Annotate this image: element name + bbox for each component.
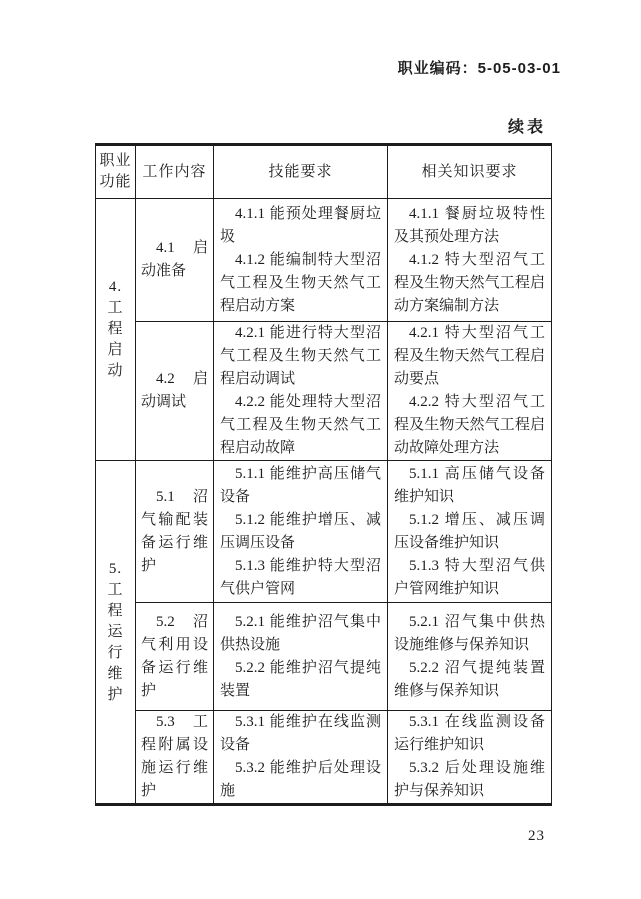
task-label: 5.1 沼气输配装备运行维护 xyxy=(141,486,208,578)
knowledge-cell-5-3: 5.3.1 在线监测设备运行维护知识 5.3.2 后处理设施维护与保养知识 xyxy=(388,711,552,805)
knowledge-item: 4.2.2 特大型沼气工程及生物天然气工程启动故障处理方法 xyxy=(394,391,545,460)
task-cell-5-2: 5.2 沼气利用设备运行维护 xyxy=(136,603,214,711)
skill-item: 5.3.1 能维护在线监测设备 xyxy=(220,711,381,757)
skill-item: 5.3.2 能维护后处理设施 xyxy=(220,757,381,803)
skill-item: 5.1.1 能维护高压储气设备 xyxy=(220,463,381,509)
knowledge-item: 5.1.2 增压、减压调压设备维护知识 xyxy=(394,509,545,555)
continued-table-label: 续表 xyxy=(0,114,641,137)
knowledge-item: 4.1.2 特大型沼气工程及生物天然气工程启动方案编制方法 xyxy=(394,249,545,318)
table-row: 5.3 工程附属设施运行维护 5.3.1 能维护在线监测设备 5.3.2 能维护… xyxy=(96,711,552,805)
occupational-standard-table: 职业 功能 工作内容 技能要求 相关知识要求 4. 工 程 启 动 4.1 启动… xyxy=(95,143,552,806)
task-label: 4.2 启动调试 xyxy=(141,368,208,414)
skills-cell-4-1: 4.1.1 能预处理餐厨垃圾 4.1.2 能编制特大型沼气工程及生物天然气工程启… xyxy=(214,199,388,322)
table-row: 4.2 启动调试 4.2.1 能进行特大型沼气工程及生物天然气工程启动调试 4.… xyxy=(96,322,552,461)
table-header-row: 职业 功能 工作内容 技能要求 相关知识要求 xyxy=(96,145,552,199)
knowledge-cell-5-1: 5.1.1 高压储气设备维护知识 5.1.2 增压、减压调压设备维护知识 5.1… xyxy=(388,461,552,603)
knowledge-item: 5.3.2 后处理设施维护与保养知识 xyxy=(394,757,545,803)
skill-item: 5.2.1 能维护沼气集中供热设施 xyxy=(220,611,381,657)
knowledge-item: 4.1.1 餐厨垃圾特性及其预处理方法 xyxy=(394,203,545,249)
skills-cell-5-3: 5.3.1 能维护在线监测设备 5.3.2 能维护后处理设施 xyxy=(214,711,388,805)
task-label: 5.3 工程附属设施运行维护 xyxy=(141,711,208,803)
skill-item: 5.1.2 能维护增压、减压调压设备 xyxy=(220,509,381,555)
knowledge-item: 5.1.1 高压储气设备维护知识 xyxy=(394,463,545,509)
knowledge-cell-4-1: 4.1.1 餐厨垃圾特性及其预处理方法 4.1.2 特大型沼气工程及生物天然气工… xyxy=(388,199,552,322)
col-header-knowledge-requirements: 相关知识要求 xyxy=(388,145,552,199)
function-cell-4: 4. 工 程 启 动 xyxy=(96,199,136,461)
skills-cell-5-1: 5.1.1 能维护高压储气设备 5.1.2 能维护增压、减压调压设备 5.1.3… xyxy=(214,461,388,603)
skills-cell-5-2: 5.2.1 能维护沼气集中供热设施 5.2.2 能维护沼气提纯装置 xyxy=(214,603,388,711)
task-cell-5-3: 5.3 工程附属设施运行维护 xyxy=(136,711,214,805)
document-page: 职业编码：5-05-03-01 续表 职业 功能 工作内容 技能要求 相关知识要… xyxy=(0,0,641,899)
skill-item: 5.1.3 能维护特大型沼气供户管网 xyxy=(220,555,381,601)
knowledge-cell-4-2: 4.2.1 特大型沼气工程及生物天然气工程启动要点 4.2.2 特大型沼气工程及… xyxy=(388,322,552,461)
table-row: 5. 工 程 运 行 维 护 5.1 沼气输配装备运行维护 5.1.1 能维护高… xyxy=(96,461,552,603)
col-header-work-content: 工作内容 xyxy=(136,145,214,199)
knowledge-item: 4.2.1 特大型沼气工程及生物天然气工程启动要点 xyxy=(394,322,545,391)
knowledge-item: 5.1.3 特大型沼气供户管网维护知识 xyxy=(394,555,545,601)
skill-item: 4.1.2 能编制特大型沼气工程及生物天然气工程启动方案 xyxy=(220,249,381,318)
knowledge-item: 5.2.1 沼气集中供热设施维修与保养知识 xyxy=(394,611,545,657)
occupation-code: 职业编码：5-05-03-01 xyxy=(0,0,641,78)
col-header-function: 职业 功能 xyxy=(96,145,136,199)
skill-item: 4.2.1 能进行特大型沼气工程及生物天然气工程启动调试 xyxy=(220,322,381,391)
task-cell-4-2: 4.2 启动调试 xyxy=(136,322,214,461)
task-cell-5-1: 5.1 沼气输配装备运行维护 xyxy=(136,461,214,603)
skill-item: 4.1.1 能预处理餐厨垃圾 xyxy=(220,203,381,249)
col-header-skill-requirements: 技能要求 xyxy=(214,145,388,199)
task-label: 5.2 沼气利用设备运行维护 xyxy=(141,611,208,703)
knowledge-cell-5-2: 5.2.1 沼气集中供热设施维修与保养知识 5.2.2 沼气提纯装置维修与保养知… xyxy=(388,603,552,711)
knowledge-item: 5.3.1 在线监测设备运行维护知识 xyxy=(394,711,545,757)
table-row: 5.2 沼气利用设备运行维护 5.2.1 能维护沼气集中供热设施 5.2.2 能… xyxy=(96,603,552,711)
skill-item: 4.2.2 能处理特大型沼气工程及生物天然气工程启动故障 xyxy=(220,391,381,460)
skill-item: 5.2.2 能维护沼气提纯装置 xyxy=(220,657,381,703)
knowledge-item: 5.2.2 沼气提纯装置维修与保养知识 xyxy=(394,657,545,703)
table-row: 4. 工 程 启 动 4.1 启动准备 4.1.1 能预处理餐厨垃圾 4.1.2… xyxy=(96,199,552,322)
page-number: 23 xyxy=(0,828,641,845)
function-cell-5: 5. 工 程 运 行 维 护 xyxy=(96,461,136,805)
task-label: 4.1 启动准备 xyxy=(141,237,208,283)
skills-cell-4-2: 4.2.1 能进行特大型沼气工程及生物天然气工程启动调试 4.2.2 能处理特大… xyxy=(214,322,388,461)
task-cell-4-1: 4.1 启动准备 xyxy=(136,199,214,322)
